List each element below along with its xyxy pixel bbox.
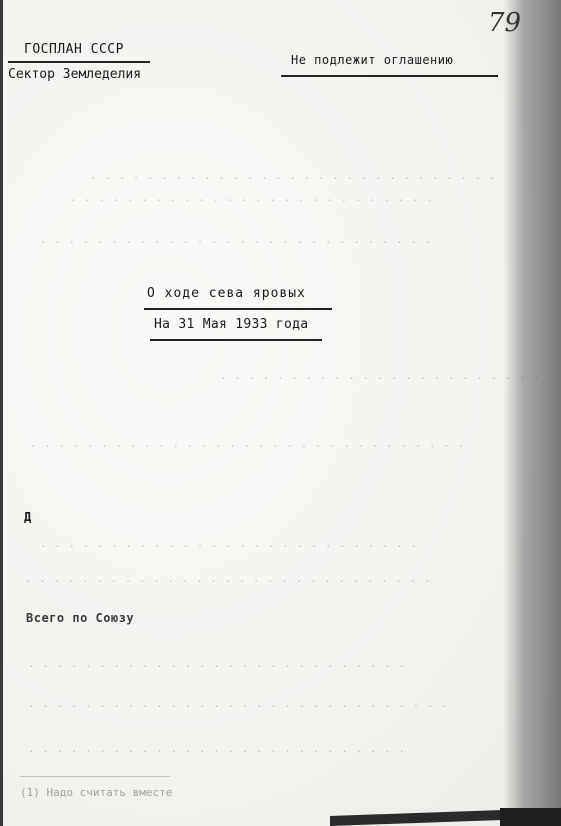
scan-left-edge — [0, 0, 3, 826]
faint-text-line: · · · · · · · · · · · · · · · · · · · · … — [220, 372, 555, 385]
faint-text-line: · · · · · · · · · · · · · · · · · · · · … — [28, 745, 406, 758]
title-underline — [144, 308, 332, 310]
scan-right-shadow — [503, 0, 561, 826]
margin-mark: Д — [24, 510, 31, 524]
scanned-document-page: 79 ГОСПЛАН СССР Сектор Земледелия Не под… — [0, 0, 561, 826]
date-underline — [150, 339, 322, 341]
footnote-rule — [20, 776, 170, 777]
faint-text-line: · · · · · · · · · · · · · · · · · · · · … — [25, 575, 431, 588]
body-bold-phrase: Всего по Союзу — [26, 611, 134, 625]
faint-text-line: · · · · · · · · · · · · · · · · · · · · … — [28, 700, 448, 713]
scan-bottom-corner — [500, 808, 561, 826]
faint-text-line: · · · · · · · · · · · · · · · · · · · · … — [30, 440, 464, 453]
faint-text-line: · · · · · · · · · · · · · · · · · · · · … — [28, 660, 406, 673]
faint-text-line: · · · · · · · · · · · · · · · · · · · · … — [90, 172, 496, 185]
folio-number: 79 — [488, 8, 521, 38]
document-date: На 31 Мая 1933 года — [154, 317, 308, 332]
classification-underline — [281, 75, 498, 77]
document-title: О ходе сева яровых — [147, 286, 306, 301]
department-header: Сектор Земледелия — [8, 67, 141, 82]
faint-text-line: · · · · · · · · · · · · · · · · · · · · … — [40, 540, 418, 553]
organization-underline — [8, 61, 150, 63]
footnote-text: (1) Надо считать вместе — [20, 786, 172, 799]
classification-stamp: Не подлежит оглашению — [291, 53, 453, 67]
faint-text-line: · · · · · · · · · · · · · · · · · · · · … — [70, 194, 433, 207]
organization-header: ГОСПЛАН СССР — [24, 42, 124, 57]
faint-text-line: · · · · · · · · · · · · · · · · · · · · … — [40, 236, 432, 249]
